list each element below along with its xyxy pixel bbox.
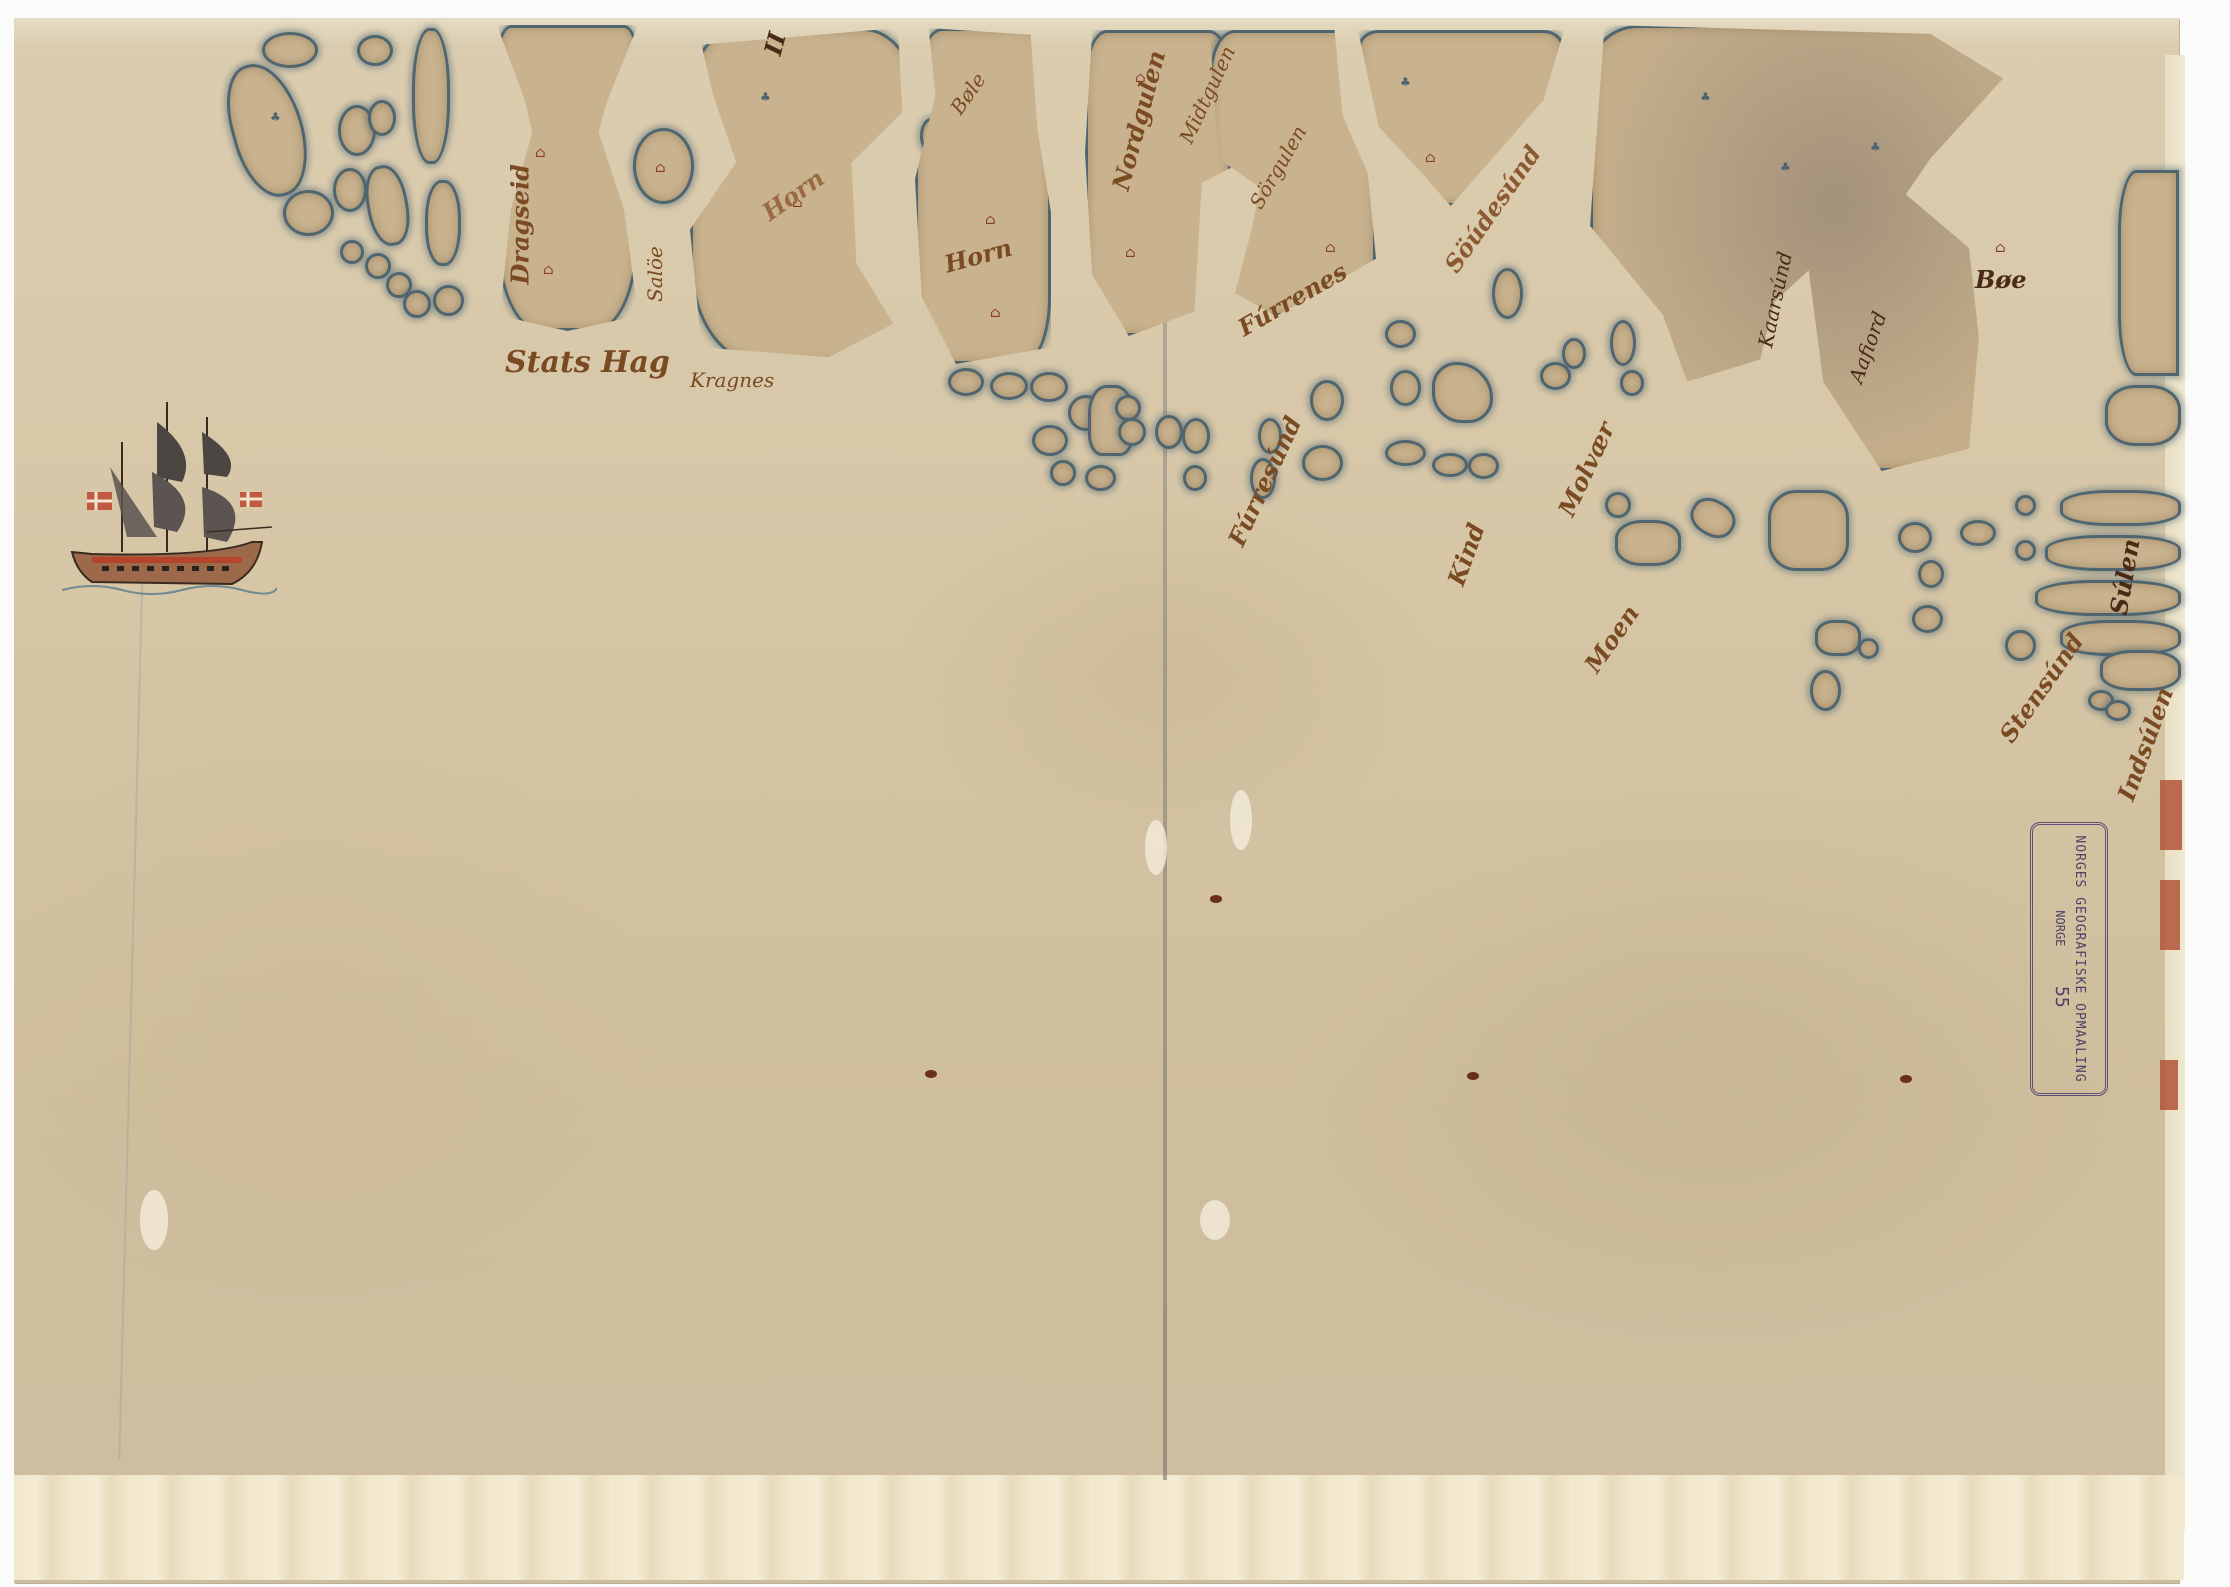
archive-stamp: NORGES GEOGRAFISKE OPMAALING NORGE 55 bbox=[2030, 822, 2108, 1096]
ink-spot bbox=[925, 1070, 937, 1078]
paper-loss bbox=[1145, 820, 1167, 875]
island bbox=[2005, 630, 2036, 661]
sulen-strip bbox=[2060, 490, 2181, 526]
sulen-strip bbox=[2100, 650, 2181, 691]
island bbox=[333, 168, 367, 212]
house-icon: ⌂ bbox=[990, 305, 1001, 321]
island bbox=[365, 253, 391, 279]
island bbox=[1815, 620, 1861, 656]
island bbox=[1615, 520, 1681, 566]
island bbox=[1118, 418, 1146, 446]
island bbox=[2105, 700, 2131, 721]
island bbox=[1562, 338, 1586, 369]
island bbox=[412, 28, 450, 164]
island bbox=[948, 368, 984, 396]
stamp-country: NORGE bbox=[2053, 910, 2067, 946]
house-icon: ⌂ bbox=[1425, 150, 1436, 166]
ink-spot bbox=[1210, 895, 1222, 903]
island bbox=[1918, 560, 1944, 588]
label-stats-hag: Stats Hag bbox=[505, 345, 670, 380]
tree-icon: ♣ bbox=[760, 90, 771, 104]
stamp-institution: NORGES GEOGRAFISKE OPMAALING bbox=[2072, 830, 2087, 1088]
tree-icon: ♣ bbox=[270, 110, 281, 124]
house-icon: ⌂ bbox=[1125, 245, 1136, 261]
rust-stain bbox=[2160, 780, 2182, 850]
island bbox=[1610, 320, 1636, 366]
island bbox=[1085, 465, 1116, 491]
island bbox=[1030, 372, 1068, 402]
island bbox=[1898, 522, 1932, 553]
island bbox=[2118, 170, 2179, 376]
island bbox=[1912, 605, 1943, 633]
island bbox=[283, 190, 334, 236]
paper-loss bbox=[1200, 1200, 1230, 1240]
island bbox=[403, 290, 431, 318]
island bbox=[262, 32, 318, 68]
house-icon: ⌂ bbox=[985, 212, 996, 228]
island bbox=[1032, 425, 1068, 456]
tree-icon: ♣ bbox=[1870, 140, 1881, 154]
label-boe: Bøe bbox=[1975, 265, 2027, 294]
tree-icon: ♣ bbox=[1700, 90, 1711, 104]
island bbox=[1468, 453, 1499, 479]
ink-spot bbox=[1900, 1075, 1912, 1083]
island bbox=[1155, 415, 1183, 449]
island bbox=[357, 35, 393, 66]
island bbox=[2015, 495, 2036, 516]
bottom-repair-strip bbox=[14, 1475, 2184, 1580]
island bbox=[1810, 670, 1841, 711]
church-icon: ⌂ bbox=[1995, 240, 2006, 256]
stamp-number: 55 bbox=[2051, 986, 2072, 1008]
island bbox=[1385, 440, 1426, 466]
island bbox=[2105, 385, 2181, 446]
house-icon: ⌂ bbox=[535, 145, 546, 161]
island bbox=[1960, 520, 1996, 546]
ink-spot bbox=[1467, 1072, 1479, 1080]
label-kragnes: Kragnes bbox=[690, 368, 774, 392]
tree-icon: ♣ bbox=[1400, 75, 1411, 89]
island bbox=[1310, 380, 1344, 421]
island bbox=[1605, 492, 1631, 518]
house-icon: ⌂ bbox=[1325, 240, 1336, 256]
center-fold-crease bbox=[1163, 300, 1167, 1480]
island bbox=[2015, 540, 2036, 561]
island bbox=[1390, 370, 1421, 406]
house-icon: ⌂ bbox=[543, 262, 554, 278]
ship-illustration bbox=[62, 362, 277, 607]
island bbox=[1858, 638, 1879, 659]
island bbox=[368, 100, 396, 136]
paper-loss bbox=[140, 1190, 168, 1250]
island bbox=[1620, 370, 1644, 396]
island bbox=[433, 285, 464, 316]
island bbox=[1050, 460, 1076, 486]
rust-stain bbox=[2160, 880, 2180, 950]
island bbox=[1182, 418, 1210, 454]
island bbox=[1302, 445, 1343, 481]
moen-star-island bbox=[1768, 490, 1849, 571]
island bbox=[340, 240, 364, 264]
rust-stain bbox=[2160, 1060, 2178, 1110]
island bbox=[1432, 453, 1468, 477]
tree-icon: ♣ bbox=[1780, 160, 1791, 174]
house-icon: ⌂ bbox=[655, 160, 666, 176]
island bbox=[1183, 465, 1207, 491]
island bbox=[1492, 268, 1523, 319]
label-saloe: Salöe bbox=[643, 246, 667, 302]
label-dragseid: Dragseid bbox=[506, 164, 535, 284]
island bbox=[1115, 395, 1141, 421]
paper-loss bbox=[1230, 790, 1252, 850]
island bbox=[425, 180, 461, 266]
island bbox=[990, 372, 1028, 400]
island bbox=[1385, 320, 1416, 348]
